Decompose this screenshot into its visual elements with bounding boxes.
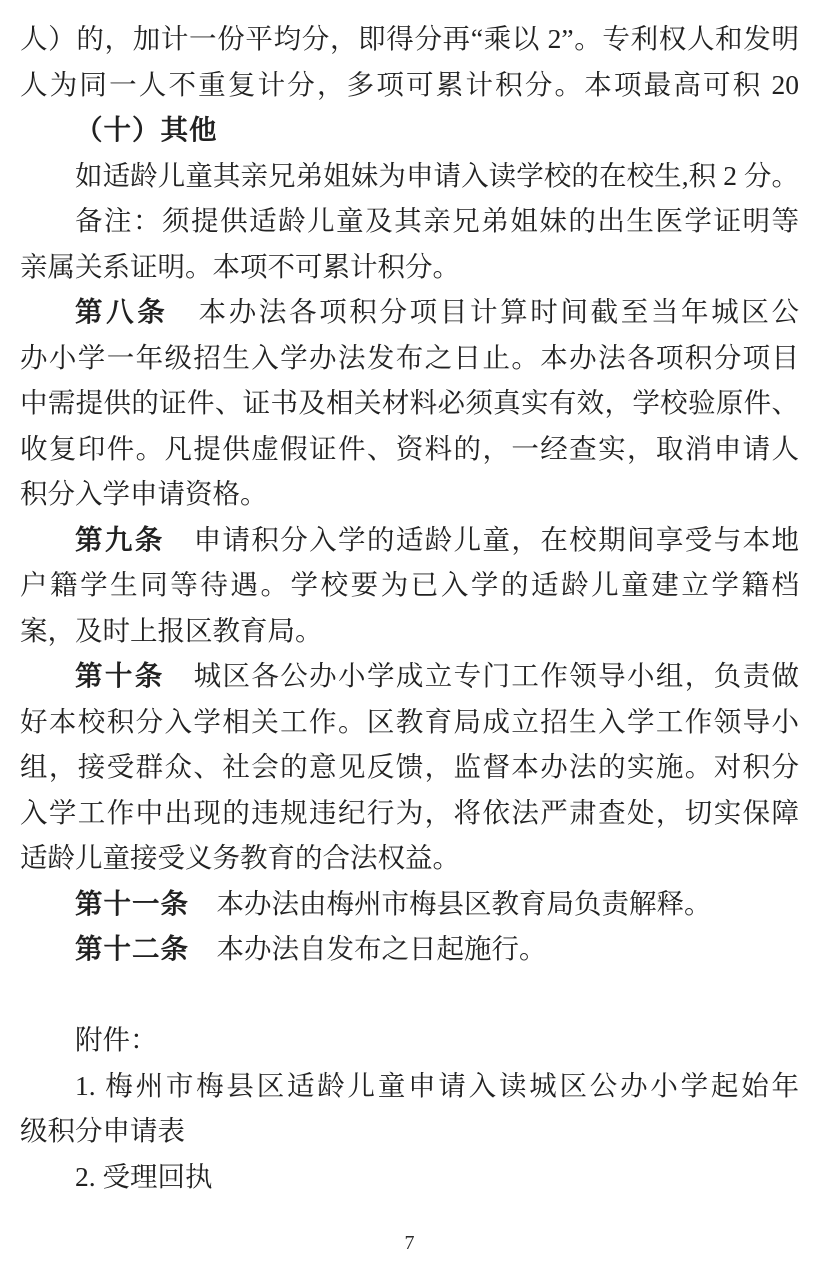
doc-line-11-text: 积分入学申请资格。: [20, 478, 268, 509]
doc-line-8-text: 办小学一年级招生入学办法发布之日止。本办法各项积分项目: [20, 342, 799, 373]
doc-line-9: 中需提供的证件、证书及相关材料必须真实有效，学校验原件、: [20, 380, 799, 426]
attachment-1-text: 1. 梅州市梅县区适龄儿童申请入读城区公办小学起始年: [75, 1070, 799, 1101]
doc-line-13-text: 户籍学生同等待遇。学校要为已入学的适龄儿童建立学籍档: [20, 569, 799, 600]
doc-line-14: 案，及时上报区教育局。: [20, 608, 799, 654]
article-12-label: 第十二条: [75, 933, 189, 964]
doc-line-1-text: 人）的，加计一份平均分，即得分再“乘以 2”。专利权人和发明: [20, 23, 799, 54]
article-12-text: 本办法自发布之日起施行。: [189, 933, 547, 964]
article-9-text: 申请积分入学的适龄儿童，在校期间享受与本地: [165, 524, 799, 555]
article-8-line: 第八条 本办法各项积分项目计算时间截至当年城区公: [20, 289, 799, 335]
document-body: 人）的，加计一份平均分，即得分再“乘以 2”。专利权人和发明 人为同一人不重复计…: [20, 16, 799, 1199]
article-11-line: 第十一条 本办法由梅州市梅县区教育局负责解释。: [20, 881, 799, 927]
doc-line-16-text: 好本校积分入学相关工作。区教育局成立招生入学工作领导小: [20, 706, 799, 737]
doc-line-11: 积分入学申请资格。: [20, 471, 799, 517]
section-ten-heading: （十）其他: [20, 107, 799, 153]
article-12-line: 第十二条 本办法自发布之日起施行。: [20, 926, 799, 972]
doc-line-8: 办小学一年级招生入学办法发布之日止。本办法各项积分项目: [20, 335, 799, 381]
doc-line-2-text: 人为同一人不重复计分，多项可累计积分。本项最高可积 20 分。: [20, 69, 799, 108]
page-number: 7: [0, 1232, 819, 1255]
doc-line-1: 人）的，加计一份平均分，即得分再“乘以 2”。专利权人和发明: [20, 16, 799, 62]
doc-line-19: 适龄儿童接受义务教育的合法权益。: [20, 835, 799, 881]
article-9-line: 第九条 申请积分入学的适龄儿童，在校期间享受与本地: [20, 517, 799, 563]
doc-line-19-text: 适龄儿童接受义务教育的合法权益。: [20, 842, 460, 873]
section-ten-heading-bold: （十）其他: [75, 114, 218, 145]
attachment-1-line: 1. 梅州市梅县区适龄儿童申请入读城区公办小学起始年: [20, 1063, 799, 1109]
doc-line-10-text: 收复印件。凡提供虚假证件、资料的，一经查实，取消申请人: [20, 433, 799, 464]
doc-line-5: 备注：须提供适龄儿童及其亲兄弟姐妹的出生医学证明等: [20, 198, 799, 244]
document-page: 人）的，加计一份平均分，即得分再“乘以 2”。专利权人和发明 人为同一人不重复计…: [0, 0, 819, 1261]
doc-line-17-text: 组，接受群众、社会的意见反馈，监督本办法的实施。对积分: [20, 751, 799, 782]
doc-line-6: 亲属关系证明。本项不可累计积分。: [20, 244, 799, 290]
doc-line-4: 如适龄儿童其亲兄弟姐妹为申请入读学校的在校生,积 2 分。: [20, 153, 799, 199]
doc-line-13: 户籍学生同等待遇。学校要为已入学的适龄儿童建立学籍档: [20, 562, 799, 608]
attachments-label: 附件：: [20, 1017, 799, 1063]
attachments-label-text: 附件：: [75, 1024, 158, 1055]
doc-line-16: 好本校积分入学相关工作。区教育局成立招生入学工作领导小: [20, 699, 799, 745]
article-8-text: 本办法各项积分项目计算时间截至当年城区公: [168, 296, 799, 327]
attachment-2-text: 2. 受理回执: [75, 1161, 213, 1192]
doc-line-5-text: 备注：须提供适龄儿童及其亲兄弟姐妹的出生医学证明等: [75, 205, 799, 236]
doc-line-2: 人为同一人不重复计分，多项可累计积分。本项最高可积 20 分。: [20, 62, 799, 108]
article-9-label: 第九条: [75, 524, 165, 555]
attachment-2-line: 2. 受理回执: [20, 1154, 799, 1200]
article-10-label: 第十条: [75, 660, 165, 691]
article-11-text: 本办法由梅州市梅县区教育局负责解释。: [189, 888, 712, 919]
attachment-1-wrap-line: 级积分申请表: [20, 1108, 799, 1154]
article-10-text: 城区各公办小学成立专门工作领导小组，负责做: [165, 660, 799, 691]
article-8-label: 第八条: [75, 296, 168, 327]
attachment-1-wrap-text: 级积分申请表: [20, 1115, 185, 1146]
doc-line-9-text: 中需提供的证件、证书及相关材料必须真实有效，学校验原件、: [20, 387, 799, 418]
doc-line-14-text: 案，及时上报区教育局。: [20, 615, 323, 646]
doc-line-18: 入学工作中出现的违规违纪行为，将依法严肃查处，切实保障: [20, 790, 799, 836]
doc-line-4-text: 如适龄儿童其亲兄弟姐妹为申请入读学校的在校生,积 2 分。: [75, 160, 799, 191]
doc-line-6-text: 亲属关系证明。本项不可累计积分。: [20, 251, 460, 282]
doc-line-18-text: 入学工作中出现的违规违纪行为，将依法严肃查处，切实保障: [20, 797, 799, 828]
doc-line-10: 收复印件。凡提供虚假证件、资料的，一经查实，取消申请人: [20, 426, 799, 472]
doc-line-17: 组，接受群众、社会的意见反馈，监督本办法的实施。对积分: [20, 744, 799, 790]
article-11-label: 第十一条: [75, 888, 189, 919]
article-10-line: 第十条 城区各公办小学成立专门工作领导小组，负责做: [20, 653, 799, 699]
